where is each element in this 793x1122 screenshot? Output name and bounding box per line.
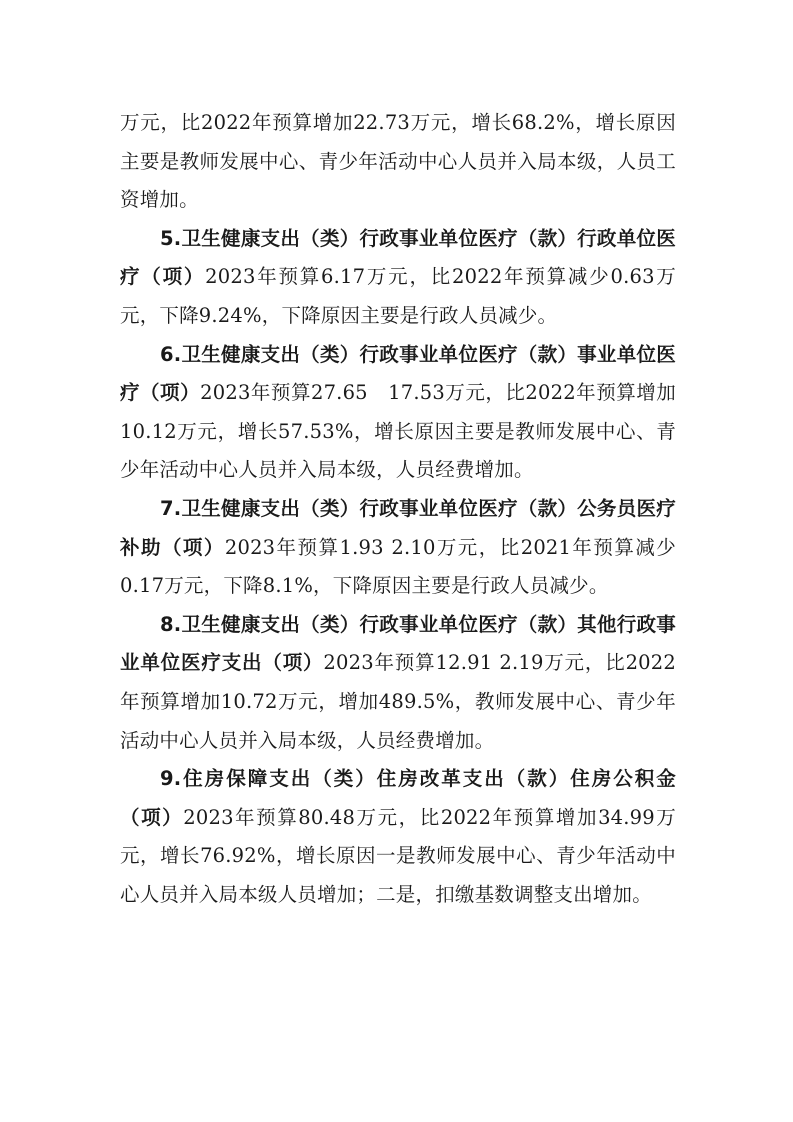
document-page: 万元，比2022年预算增加22.73万元，增长68.2%，增长原因主要是教师发展… <box>120 104 676 914</box>
paragraph-item-5: 5.卫生健康支出（类）行政事业单位医疗（款）行政单位医疗（项）2023年预算6.… <box>120 220 676 336</box>
paragraph-body: 万元，比2022年预算增加22.73万元，增长68.2%，增长原因主要是教师发展… <box>120 111 676 211</box>
paragraph-body: 2023年预算27.65 17.53万元，比2022年预算增加10.12万元，增… <box>120 381 676 481</box>
paragraph-item-7: 7.卫生健康支出（类）行政事业单位医疗（款）公务员医疗补助（项）2023年预算1… <box>120 490 676 606</box>
paragraph-item-8: 8.卫生健康支出（类）行政事业单位医疗（款）其他行政事业单位医疗支出（项）202… <box>120 606 676 760</box>
paragraph-body: 2023年预算80.48万元，比2022年预算增加34.99万元，增长76.92… <box>120 806 676 906</box>
paragraph-item-6: 6.卫生健康支出（类）行政事业单位医疗（款）事业单位医疗（项）2023年预算27… <box>120 336 676 490</box>
paragraph-item-9: 9.住房保障支出（类）住房改革支出（款）住房公积金（项）2023年预算80.48… <box>120 760 676 914</box>
paragraph-continuation: 万元，比2022年预算增加22.73万元，增长68.2%，增长原因主要是教师发展… <box>120 104 676 220</box>
